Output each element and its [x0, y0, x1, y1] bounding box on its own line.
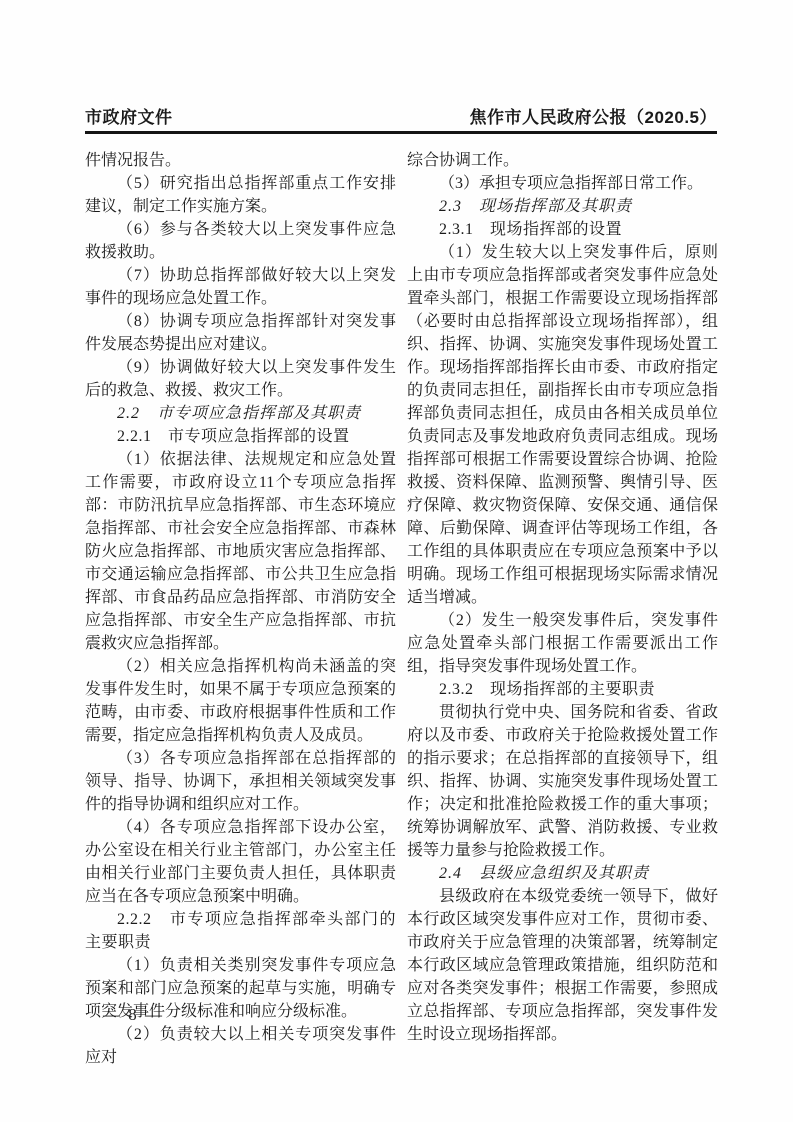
paragraph: （5）研究指出总指挥部重点工作安排建议，制定工作实施方案。 — [85, 172, 396, 218]
body-columns: 件情况报告。 （5）研究指出总指挥部重点工作安排建议，制定工作实施方案。 （6）… — [85, 149, 718, 1069]
section-heading: 2.4 县级应急组织及其职责 — [407, 862, 718, 885]
paragraph: （2）相关应急指挥机构尚未涵盖的突发事件发生时，如果不属于专项应急预案的范畴，由… — [85, 655, 396, 747]
section-heading: 2.2 市专项应急指挥部及其职责 — [85, 402, 396, 425]
paragraph: （3）各专项应急指挥部在总指挥部的领导、指导、协调下，承担相关领域突发事件的指导… — [85, 747, 396, 816]
paragraph: （3）承担专项应急指挥部日常工作。 — [407, 172, 718, 195]
subsection-heading: 2.3.1 现场指挥部的设置 — [407, 218, 718, 241]
paragraph: 县级政府在本级党委统一领导下，做好本行政区域突发事件应对工作，贯彻市委、市政府关… — [407, 885, 718, 1046]
paragraph: （7）协助总指挥部做好较大以上突发事件的现场应急处置工作。 — [85, 264, 396, 310]
paragraph: （6）参与各类较大以上突发事件应急救援救助。 — [85, 218, 396, 264]
header-gazette-title: 焦作市人民政府公报（2020.5） — [470, 103, 718, 128]
paragraph: 件情况报告。 — [85, 149, 396, 172]
column-right: 综合协调工作。 （3）承担专项应急指挥部日常工作。 2.3 现场指挥部及其职责 … — [407, 149, 718, 1069]
document-page: 市政府文件 焦作市人民政府公报（2020.5） 件情况报告。 （5）研究指出总指… — [0, 0, 793, 1122]
section-heading: 2.3 现场指挥部及其职责 — [407, 195, 718, 218]
paragraph: （1）依据法律、法规规定和应急处置工作需要，市政府设立11个专项应急指挥部：市防… — [85, 448, 396, 655]
paragraph: （2）负责较大以上相关专项突发事件应对 — [85, 1023, 396, 1069]
subsection-heading: 2.3.2 现场指挥部的主要职责 — [407, 678, 718, 701]
page-header: 市政府文件 焦作市人民政府公报（2020.5） — [85, 103, 717, 128]
paragraph: （2）发生一般突发事件后，突发事件应急处置牵头部门根据工作需要派出工作组，指导突… — [407, 609, 718, 678]
paragraph: 贯彻执行党中央、国务院和省委、省政府以及市委、市政府关于抢险救援处置工作的指示要… — [407, 701, 718, 862]
subsection-heading: 2.2.1 市专项应急指挥部的设置 — [85, 425, 396, 448]
paragraph: 综合协调工作。 — [407, 149, 718, 172]
paragraph: （4）各专项应急指挥部下设办公室，办公室设在相关行业主管部门，办公室主任由相关行… — [85, 816, 396, 908]
header-divider — [85, 131, 717, 134]
paragraph: （8）协调专项应急指挥部针对突发事件发展态势提出应对建议。 — [85, 310, 396, 356]
paragraph: （1）发生较大以上突发事件后，原则上由市专项应急指挥部或者突发事件应急处置牵头部… — [407, 241, 718, 609]
page-number: — 8 — — [103, 1005, 164, 1025]
subsection-heading: 2.2.2 市专项应急指挥部牵头部门的主要职责 — [85, 908, 396, 954]
paragraph: （9）协调做好较大以上突发事件发生后的救急、救援、救灾工作。 — [85, 356, 396, 402]
header-section-title: 市政府文件 — [85, 103, 173, 128]
column-left: 件情况报告。 （5）研究指出总指挥部重点工作安排建议，制定工作实施方案。 （6）… — [85, 149, 396, 1069]
